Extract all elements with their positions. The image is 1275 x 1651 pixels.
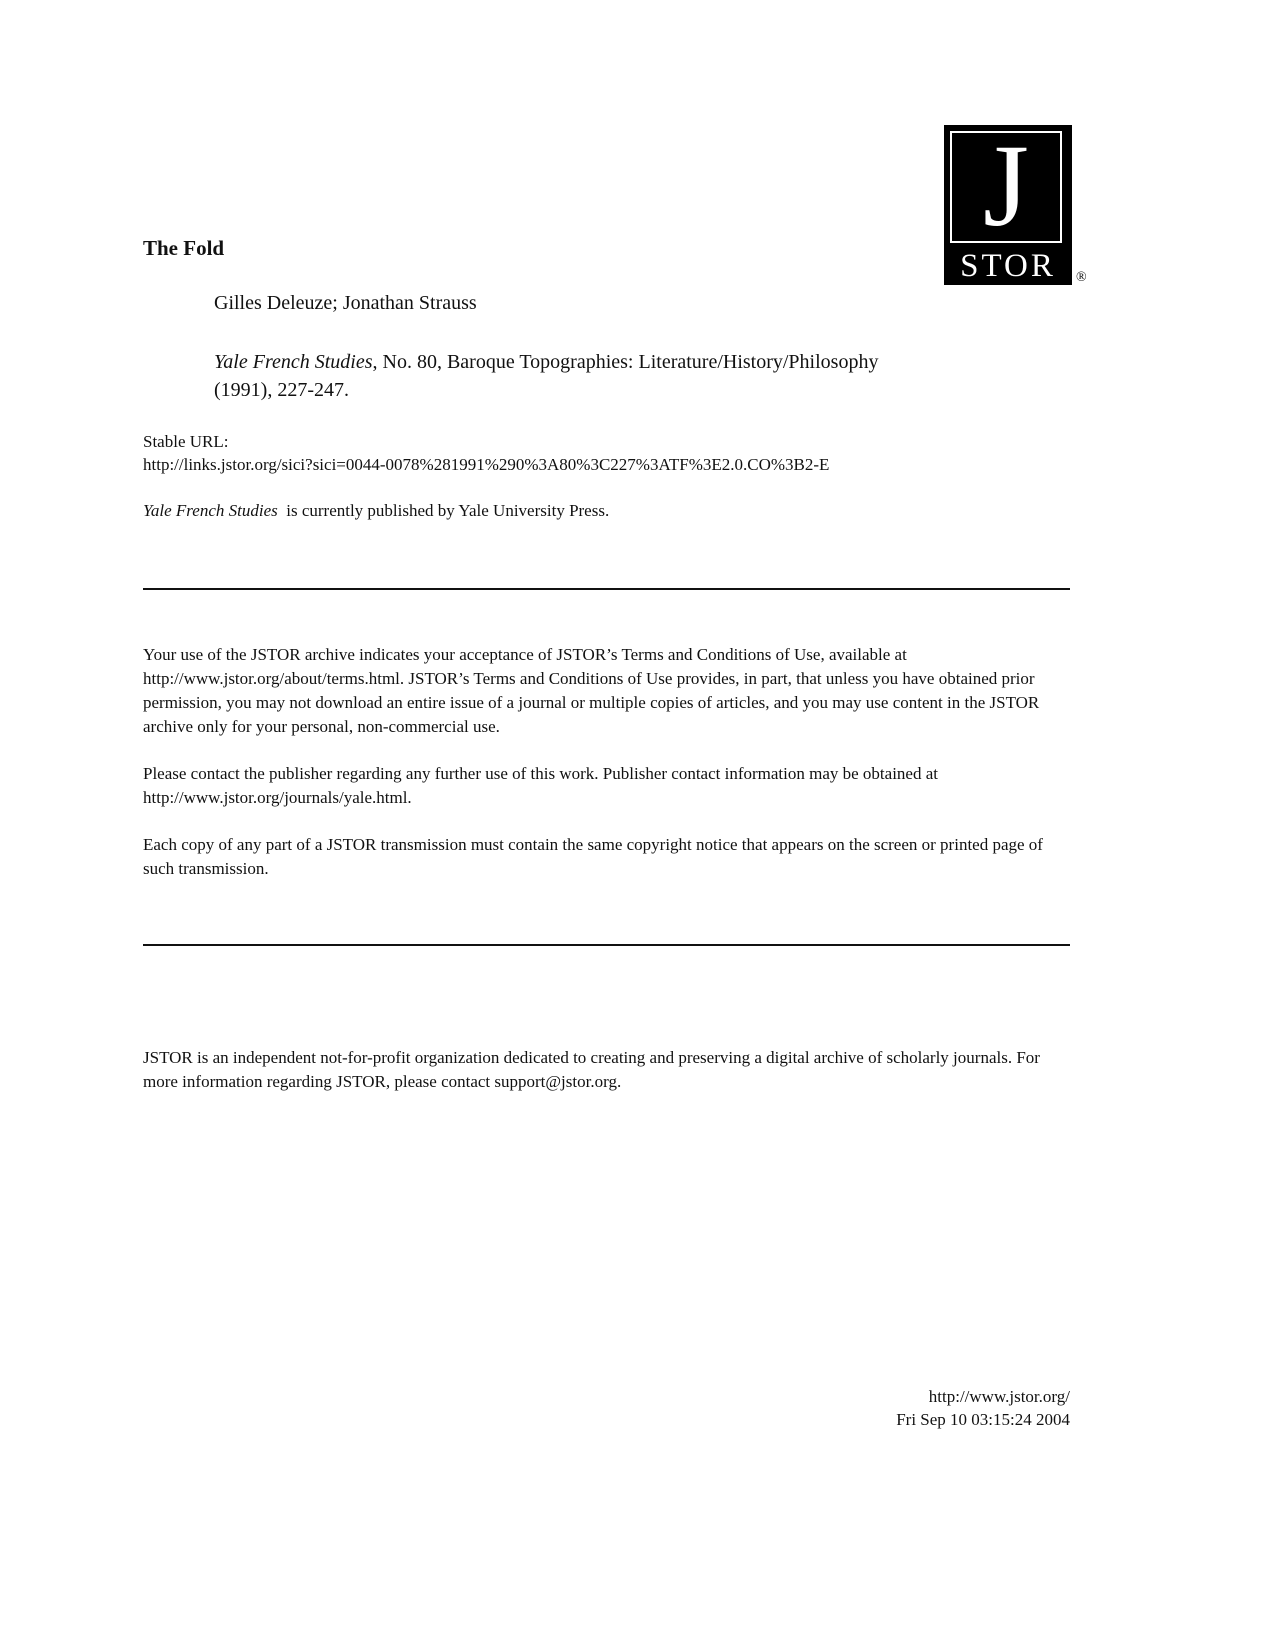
registered-trademark-icon: ®	[1076, 270, 1087, 286]
divider	[143, 588, 1070, 590]
terms-of-use-paragraph: Your use of the JSTOR archive indicates …	[143, 643, 1073, 739]
citation-year-pages: (1991), 227-247.	[214, 379, 349, 401]
publisher-note: Yale French Studies is currently publish…	[143, 501, 609, 521]
article-authors: Gilles Deleuze; Jonathan Strauss	[214, 292, 477, 315]
page-footer: http://www.jstor.org/ Fri Sep 10 03:15:2…	[896, 1385, 1070, 1431]
logo-ornament-frame: J	[950, 131, 1062, 243]
logo-letter-j: J	[952, 131, 1060, 243]
citation-details: , No. 80, Baroque Topographies: Literatu…	[373, 351, 879, 373]
logo-text: STOR	[944, 250, 1072, 283]
journal-name: Yale French Studies	[214, 351, 373, 373]
publisher-contact-paragraph: Please contact the publisher regarding a…	[143, 762, 1073, 810]
jstor-logo: J STOR	[944, 125, 1072, 285]
stable-url-link[interactable]: http://links.jstor.org/sici?sici=0044-00…	[143, 453, 829, 476]
article-title: The Fold	[143, 236, 224, 261]
footer-url[interactable]: http://www.jstor.org/	[896, 1385, 1070, 1408]
publisher-journal-name: Yale French Studies	[143, 501, 278, 520]
publisher-text: is currently published by Yale Universit…	[278, 501, 609, 520]
stable-url-label: Stable URL:	[143, 430, 829, 453]
stable-url-block: Stable URL: http://links.jstor.org/sici?…	[143, 430, 829, 476]
about-jstor-paragraph: JSTOR is an independent not-for-profit o…	[143, 1046, 1043, 1094]
article-citation: Yale French Studies, No. 80, Baroque Top…	[214, 348, 1064, 404]
copyright-notice-paragraph: Each copy of any part of a JSTOR transmi…	[143, 833, 1073, 881]
footer-timestamp: Fri Sep 10 03:15:24 2004	[896, 1408, 1070, 1431]
divider	[143, 944, 1070, 946]
